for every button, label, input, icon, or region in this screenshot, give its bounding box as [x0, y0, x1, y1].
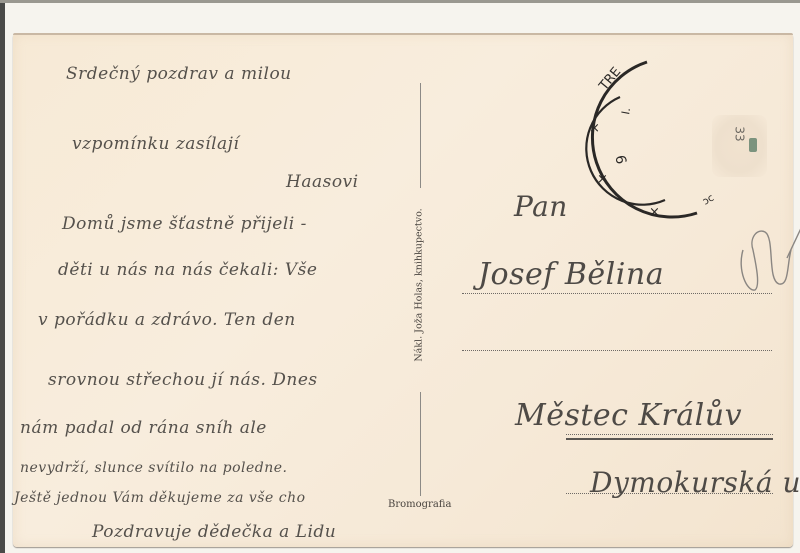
stamp-remnant-text: 33: [733, 126, 747, 141]
message-line-6: v pořádku a zdrávo. Ten den: [38, 310, 296, 330]
center-divider-top: [420, 83, 421, 188]
address-line-1: [462, 293, 772, 294]
publisher-imprint: Nákl. Joža Holas, knihkupectvo.: [408, 190, 430, 380]
message-line-8: nám padal od rána sníh ale: [20, 418, 267, 438]
scan-edge-left: [0, 0, 5, 553]
svg-text:ɔc: ɔc: [701, 193, 715, 208]
message-line-7: srovnou střechou jí nás. Dnes: [48, 370, 318, 390]
message-signature: Haasovi: [286, 172, 359, 192]
message-line-2: vzpomínku zasílají: [72, 134, 239, 154]
photo-imprint: Bromografia: [388, 499, 451, 510]
message-line-9: nevydrží, slunce svítilo na poledne.: [20, 460, 288, 476]
stamp-green-fragment: [749, 138, 757, 152]
svg-text:I.: I.: [619, 107, 633, 116]
message-line-4: Domů jsme šťastně přijeli -: [62, 214, 307, 234]
svg-text:×: ×: [649, 205, 660, 220]
pencil-annotation-icon: [735, 210, 800, 295]
message-line-5: děti u nás na nás čekali: Vše: [58, 260, 317, 280]
address-town: Městec Králův: [515, 398, 742, 433]
publisher-imprint-text: Nákl. Joža Holas, knihkupectvo.: [414, 208, 425, 361]
address-street: Dymokurská ul: [590, 466, 800, 499]
svg-text:×: ×: [589, 121, 600, 136]
message-line-10: Ještě jednou Vám děkujeme za vše cho: [14, 490, 306, 506]
svg-text:TRE: TRE: [596, 65, 624, 95]
address-town-underline: [566, 438, 773, 440]
postmark-icon: TRE × × × 9 I. ɔc: [565, 55, 715, 225]
address-line-3: [566, 434, 773, 435]
center-divider-bottom: [420, 392, 421, 496]
message-line-11: Pozdravuje dědečka a Lidu: [92, 522, 336, 542]
address-salutation: Pan: [514, 190, 568, 223]
scan-edge-top: [0, 0, 800, 3]
address-name: Josef Bělina: [478, 257, 664, 292]
address-line-4: [566, 493, 773, 494]
address-line-2: [462, 350, 772, 351]
stamp-remnant: [712, 115, 767, 177]
svg-text:9: 9: [614, 154, 631, 166]
postcard-top-edge: [13, 33, 793, 35]
message-line-1: Srdečný pozdrav a milou: [66, 64, 292, 84]
svg-text:×: ×: [597, 172, 608, 187]
